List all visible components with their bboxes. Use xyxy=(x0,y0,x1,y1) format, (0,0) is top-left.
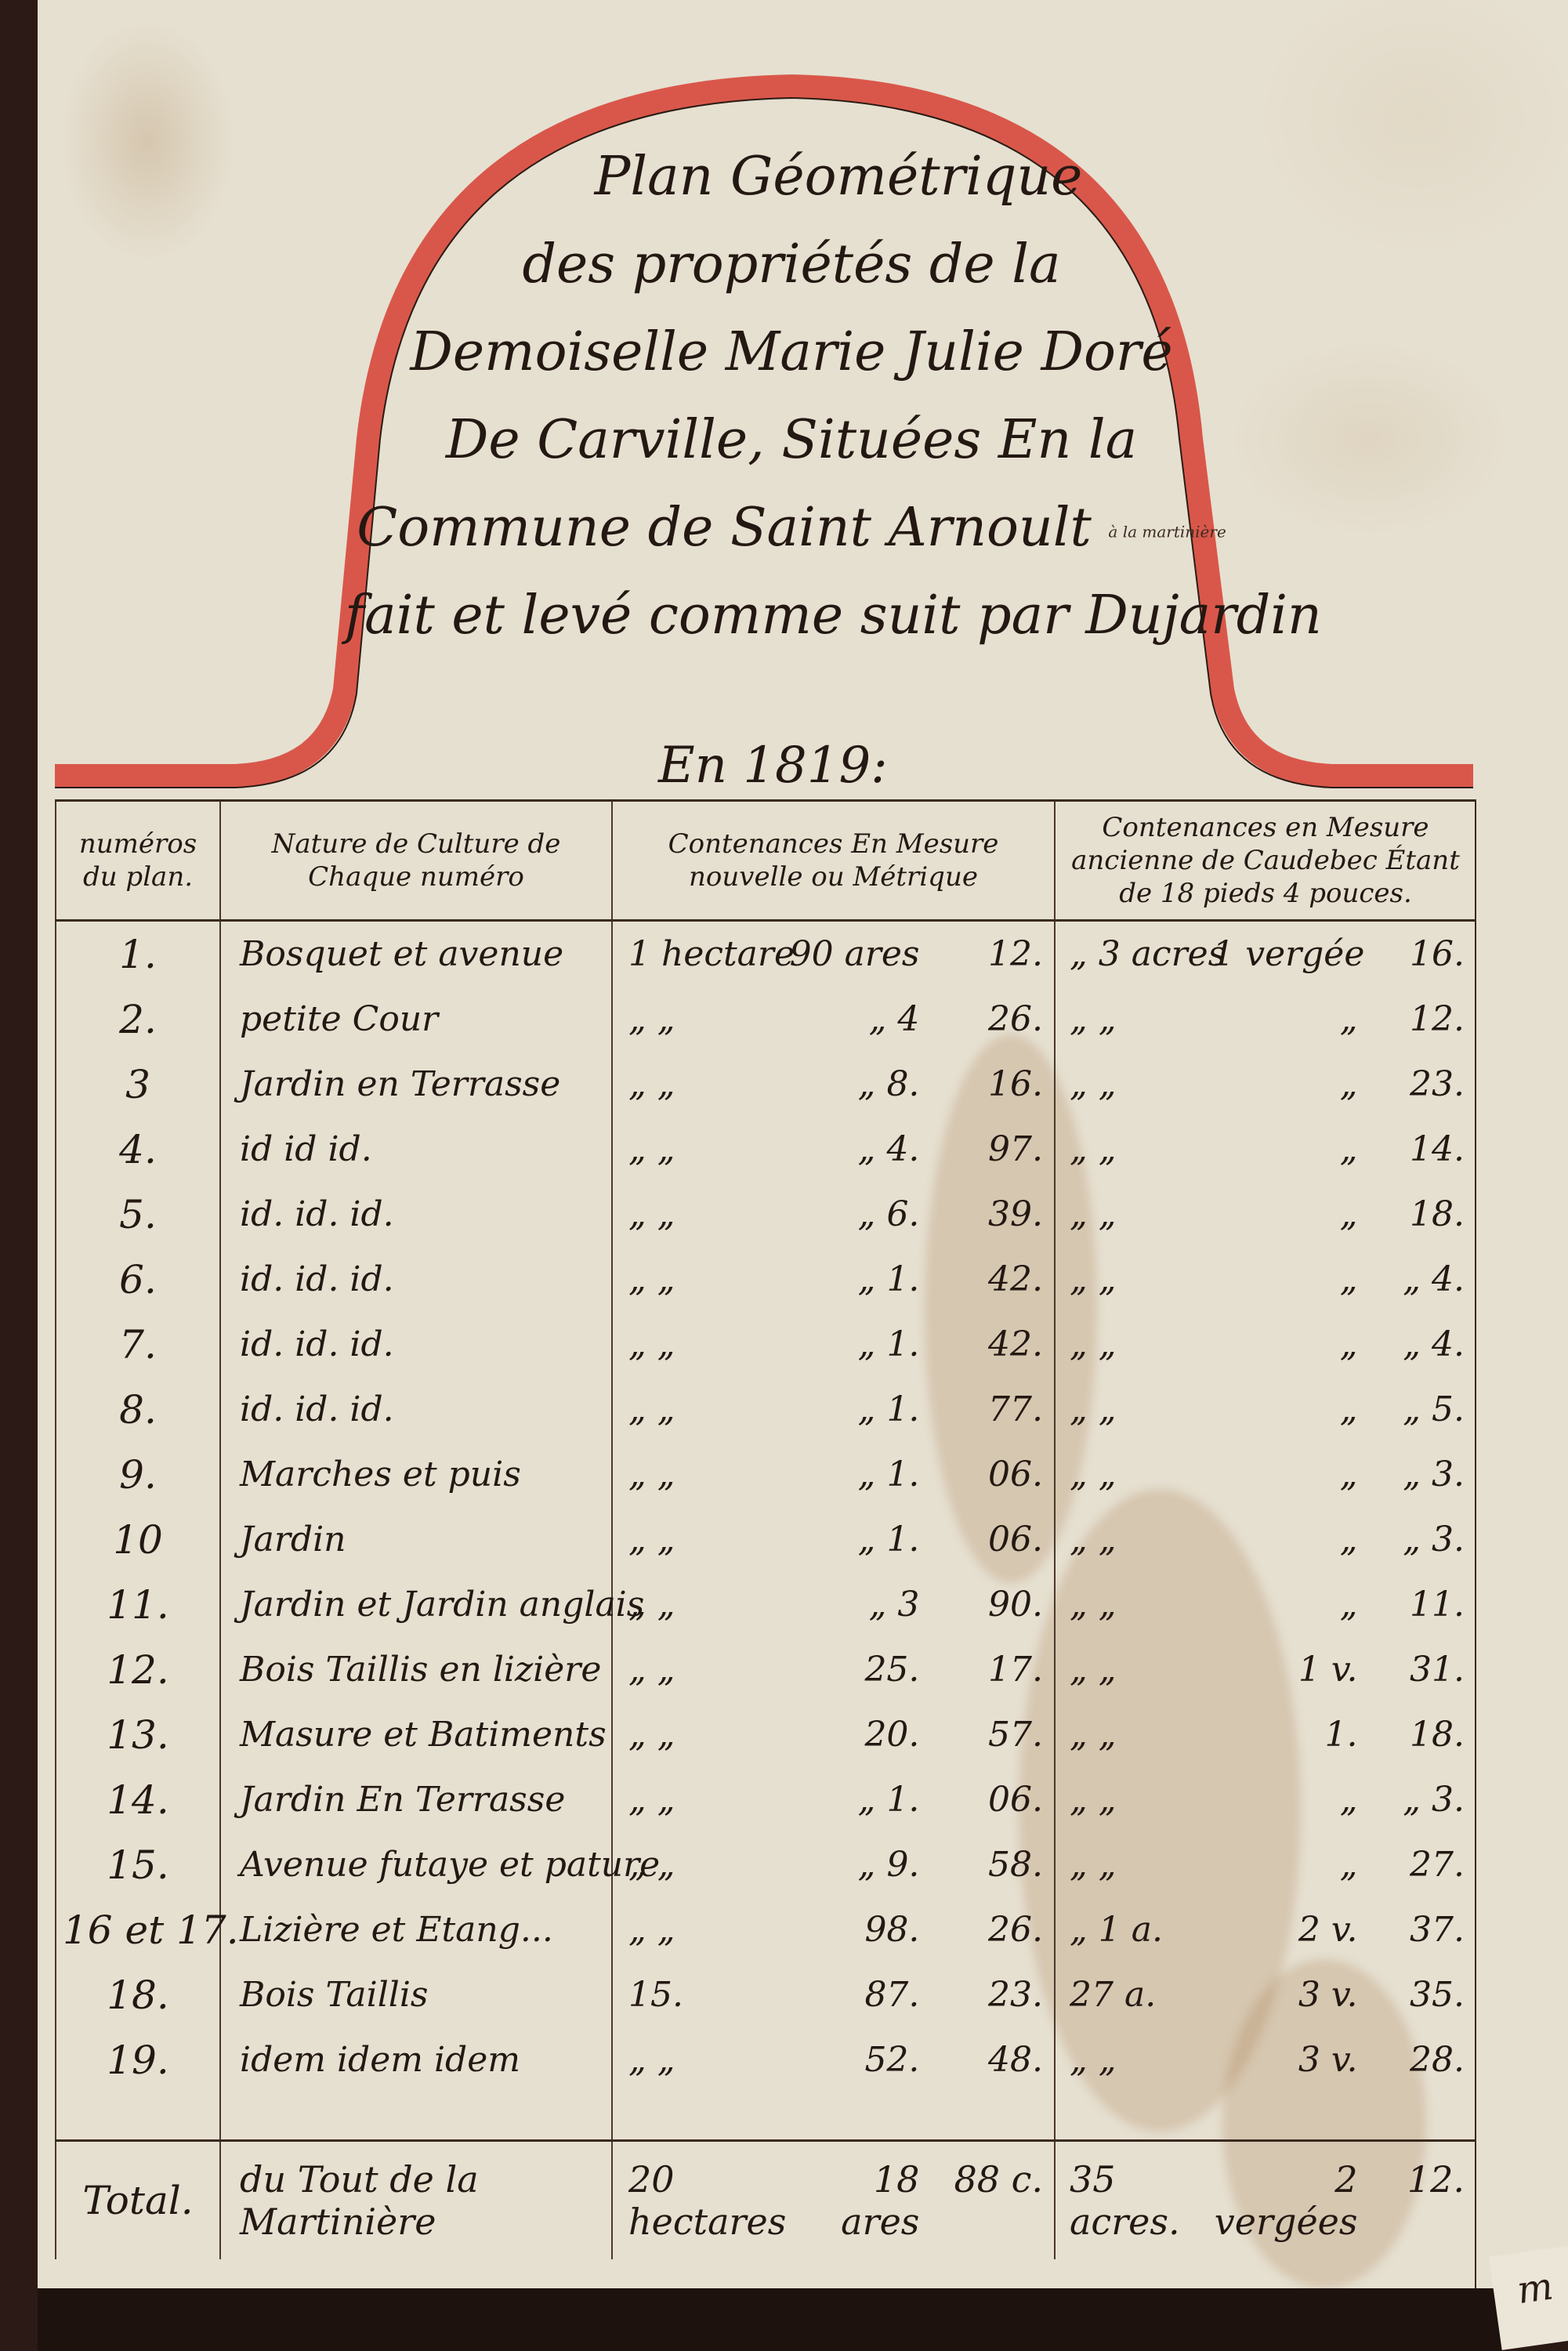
hectares: „ „ xyxy=(613,1324,788,1364)
plan-number: 3 xyxy=(56,1052,220,1117)
commune-text: Commune de Saint Arnoult xyxy=(357,497,1092,559)
vergees: 3 v. xyxy=(1210,1975,1358,2015)
perches: „ 4. xyxy=(1358,1324,1476,1364)
perches: 31. xyxy=(1358,1650,1476,1690)
table-row: 16 et 17. Lizière et Etang... „ „ 98. 26… xyxy=(56,1897,1476,1962)
metric-area: „ „ „ 1. 06. xyxy=(612,1767,1055,1832)
ancient-area: „ „ „ 14. xyxy=(1055,1117,1476,1182)
title-line: De Carville, Situées En la xyxy=(345,412,1238,500)
metric-area: „ „ „ 1. 06. xyxy=(612,1507,1055,1572)
centiares: 06. xyxy=(919,1454,1054,1494)
acres: „ „ xyxy=(1056,1389,1210,1429)
total-vergees: 2 vergées xyxy=(1210,2158,1358,2243)
title-block: Plan Géométrique des propriétés de la De… xyxy=(345,149,1238,676)
metric-area: „ „ 20. 57. xyxy=(612,1702,1055,1767)
ancient-area: „ 3 acres 1 vergée 16. xyxy=(1055,921,1476,987)
culture-nature: idem idem idem xyxy=(220,2027,612,2092)
vergees: „ xyxy=(1210,1324,1358,1364)
acres: „ 3 acres xyxy=(1056,934,1212,974)
ares: „ 8. xyxy=(788,1064,920,1104)
acres: „ „ xyxy=(1056,999,1210,1039)
total-ancient: 35 acres. 2 vergées 12. xyxy=(1055,2141,1476,2260)
ares: 25. xyxy=(788,1650,920,1690)
ares: „ 9. xyxy=(788,1845,920,1885)
hectares: „ „ xyxy=(613,1585,788,1625)
hectares: „ „ xyxy=(613,1194,788,1234)
vergees: „ xyxy=(1210,1194,1358,1234)
perches: 35. xyxy=(1358,1975,1476,2015)
culture-nature: id id id. xyxy=(220,1117,612,1182)
title-line: Plan Géométrique xyxy=(345,149,1238,237)
perches: 12. xyxy=(1358,999,1476,1039)
centiares: 26. xyxy=(919,999,1054,1039)
hectares: „ „ xyxy=(613,1129,788,1169)
perches: 11. xyxy=(1358,1585,1476,1625)
perches: 18. xyxy=(1358,1194,1476,1234)
metric-area: 15. 87. 23. xyxy=(612,1962,1055,2027)
acres: „ „ xyxy=(1056,1259,1210,1299)
metric-area: „ „ „ 4. 97. xyxy=(612,1117,1055,1182)
hectares: „ „ xyxy=(613,1780,788,1820)
plan-number: 5. xyxy=(56,1182,220,1247)
metric-area: „ „ „ 8. 16. xyxy=(612,1052,1055,1117)
culture-nature: Jardin et Jardin anglais xyxy=(220,1572,612,1637)
centiares: 39. xyxy=(919,1194,1054,1234)
plan-number: 4. xyxy=(56,1117,220,1182)
centiares: 06. xyxy=(919,1520,1054,1559)
acres: „ „ xyxy=(1056,1650,1210,1690)
table-row: 6. id. id. id. „ „ „ 1. 42. „ „ „ „ 4. xyxy=(56,1247,1476,1312)
plan-number: 12. xyxy=(56,1637,220,1702)
acres: „ „ xyxy=(1056,1585,1210,1625)
table-row: 7. id. id. id. „ „ „ 1. 42. „ „ „ „ 4. xyxy=(56,1312,1476,1377)
table-row: 18. Bois Taillis 15. 87. 23. 27 a. 3 v. … xyxy=(56,1962,1476,2027)
culture-nature: Jardin xyxy=(220,1507,612,1572)
ancient-area: „ „ „ 18. xyxy=(1055,1182,1476,1247)
plan-number: 9. xyxy=(56,1442,220,1507)
vergees: 1 v. xyxy=(1210,1650,1358,1690)
ancient-area: „ „ „ „ 3. xyxy=(1055,1507,1476,1572)
vergees: „ xyxy=(1210,1064,1358,1104)
vergees: 1 vergée xyxy=(1212,934,1363,974)
metric-area: 1 hectare 90 ares 12. xyxy=(612,921,1055,987)
plan-number: 6. xyxy=(56,1247,220,1312)
ares: „ 1. xyxy=(788,1454,920,1494)
vergees: „ xyxy=(1210,1780,1358,1820)
metric-area: „ „ „ 4 26. xyxy=(612,987,1055,1052)
hectares: „ „ xyxy=(613,1650,788,1690)
table-row: 5. id. id. id. „ „ „ 6. 39. „ „ „ 18. xyxy=(56,1182,1476,1247)
metric-area: „ „ 52. 48. xyxy=(612,2027,1055,2092)
perches: 16. xyxy=(1363,934,1476,974)
ancient-area: „ „ 1 v. 31. xyxy=(1055,1637,1476,1702)
acres: „ „ xyxy=(1056,1520,1210,1559)
vergees: „ xyxy=(1210,1129,1358,1169)
plan-number: 8. xyxy=(56,1377,220,1442)
plan-number: 2. xyxy=(56,987,220,1052)
acres: „ „ xyxy=(1056,1715,1210,1755)
centiares: 90. xyxy=(919,1585,1054,1625)
centiares: 77. xyxy=(919,1389,1054,1429)
total-perches: 12. xyxy=(1358,2158,1476,2201)
plan-number: 18. xyxy=(56,1962,220,2027)
hectares: „ „ xyxy=(613,1715,788,1755)
total-nature: du Tout de la Martinière xyxy=(220,2141,612,2260)
perches: 23. xyxy=(1358,1064,1476,1104)
metric-area: „ „ „ 1. 42. xyxy=(612,1312,1055,1377)
ancient-area: „ „ „ „ 3. xyxy=(1055,1767,1476,1832)
centiares: 97. xyxy=(919,1129,1054,1169)
culture-nature: Bosquet et avenue xyxy=(220,921,612,987)
culture-nature: id. id. id. xyxy=(220,1312,612,1377)
title-line: Commune de Saint Arnoult à la martinière xyxy=(345,500,1238,588)
centiares: 23. xyxy=(919,1975,1054,2015)
plan-number: 7. xyxy=(56,1312,220,1377)
perches: „ 3. xyxy=(1358,1520,1476,1559)
ancient-area: „ „ „ „ 4. xyxy=(1055,1247,1476,1312)
culture-nature: id. id. id. xyxy=(220,1247,612,1312)
margin-note: à la martinière xyxy=(1108,523,1226,542)
title-line: fait et levé comme suit par Dujardin xyxy=(345,588,1238,676)
ancient-area: „ „ „ 11. xyxy=(1055,1572,1476,1637)
ancient-area: „ „ „ 12. xyxy=(1055,987,1476,1052)
table-spacer-row xyxy=(56,2092,1476,2141)
plan-number: 13. xyxy=(56,1702,220,1767)
acres: „ 1 a. xyxy=(1056,1910,1210,1950)
vergees: „ xyxy=(1210,1845,1358,1885)
header-numero: numéros du plan. xyxy=(56,802,220,921)
culture-nature: id. id. id. xyxy=(220,1377,612,1442)
ancient-area: „ 1 a. 2 v. 37. xyxy=(1055,1897,1476,1962)
hectares: „ „ xyxy=(613,1520,788,1559)
culture-nature: Avenue futaye et pature xyxy=(220,1832,612,1897)
metric-area: „ „ „ 1. 77. xyxy=(612,1377,1055,1442)
perches: „ 3. xyxy=(1358,1454,1476,1494)
perches: 27. xyxy=(1358,1845,1476,1885)
plan-number: 11. xyxy=(56,1572,220,1637)
plan-number: 14. xyxy=(56,1767,220,1832)
ancient-area: „ „ „ 23. xyxy=(1055,1052,1476,1117)
ares: „ 1. xyxy=(788,1259,920,1299)
culture-nature: Marches et puis xyxy=(220,1442,612,1507)
table-row: 9. Marches et puis „ „ „ 1. 06. „ „ „ „ … xyxy=(56,1442,1476,1507)
acres: „ „ xyxy=(1056,2040,1210,2080)
perches: 14. xyxy=(1358,1129,1476,1169)
metric-area: „ „ „ 3 90. xyxy=(612,1572,1055,1637)
vergees: „ xyxy=(1210,1585,1358,1625)
hectares: „ „ xyxy=(613,1845,788,1885)
perches: 37. xyxy=(1358,1910,1476,1950)
hectares: „ „ xyxy=(613,1259,788,1299)
hectares: 15. xyxy=(613,1975,788,2015)
centiares: 12. xyxy=(919,934,1054,974)
ancient-area: „ „ „ „ 5. xyxy=(1055,1377,1476,1442)
ares: „ 1. xyxy=(788,1324,920,1364)
metric-area: „ „ 25. 17. xyxy=(612,1637,1055,1702)
ares: 87. xyxy=(788,1975,920,2015)
total-hectares: 20 hectares xyxy=(613,2158,788,2243)
plan-number: 10 xyxy=(56,1507,220,1572)
vergees: „ xyxy=(1210,999,1358,1039)
hectares: 1 hectare xyxy=(613,934,788,974)
vergees: 3 v. xyxy=(1210,2040,1358,2080)
perches: „ 5. xyxy=(1358,1389,1476,1429)
table-row: 3 Jardin en Terrasse „ „ „ 8. 16. „ „ „ … xyxy=(56,1052,1476,1117)
table-row: 11. Jardin et Jardin anglais „ „ „ 3 90.… xyxy=(56,1572,1476,1637)
metric-area: „ „ „ 9. 58. xyxy=(612,1832,1055,1897)
culture-nature: Jardin En Terrasse xyxy=(220,1767,612,1832)
centiares: 06. xyxy=(919,1780,1054,1820)
ares: „ 1. xyxy=(788,1780,920,1820)
total-acres: 35 acres. xyxy=(1056,2158,1210,2243)
centiares: 42. xyxy=(919,1324,1054,1364)
plan-number: 15. xyxy=(56,1832,220,1897)
total-metric: 20 hectares 18 ares 88 c. xyxy=(612,2141,1055,2260)
table-header-row: numéros du plan. Nature de Culture de Ch… xyxy=(56,802,1476,921)
ancient-area: „ „ 1. 18. xyxy=(1055,1702,1476,1767)
centiares: 48. xyxy=(919,2040,1054,2080)
acres: „ „ xyxy=(1056,1454,1210,1494)
ares: 98. xyxy=(788,1910,920,1950)
corner-paper-slip: m xyxy=(1489,2246,1568,2350)
metric-area: „ „ 98. 26. xyxy=(612,1897,1055,1962)
table-row: 15. Avenue futaye et pature „ „ „ 9. 58.… xyxy=(56,1832,1476,1897)
culture-nature: id. id. id. xyxy=(220,1182,612,1247)
hectares: „ „ xyxy=(613,1389,788,1429)
centiares: 16. xyxy=(919,1064,1054,1104)
centiares: 57. xyxy=(919,1715,1054,1755)
culture-nature: petite Cour xyxy=(220,987,612,1052)
table-row: 14. Jardin En Terrasse „ „ „ 1. 06. „ „ … xyxy=(56,1767,1476,1832)
ares: „ 4 xyxy=(788,999,920,1039)
vergees: „ xyxy=(1210,1389,1358,1429)
culture-nature: Bois Taillis en lizière xyxy=(220,1637,612,1702)
table-row: 10 Jardin „ „ „ 1. 06. „ „ „ „ 3. xyxy=(56,1507,1476,1572)
property-ledger-table: numéros du plan. Nature de Culture de Ch… xyxy=(55,799,1476,2291)
culture-nature: Bois Taillis xyxy=(220,1962,612,2027)
perches: 28. xyxy=(1358,2040,1476,2080)
ares: 52. xyxy=(788,2040,920,2080)
dark-frame-bottom xyxy=(38,2288,1503,2351)
perches: „ 3. xyxy=(1358,1780,1476,1820)
title-date: En 1819: xyxy=(658,737,888,795)
centiares: 26. xyxy=(919,1910,1054,1950)
hectares: „ „ xyxy=(613,999,788,1039)
table-row: 4. id id id. „ „ „ 4. 97. „ „ „ 14. xyxy=(56,1117,1476,1182)
culture-nature: Jardin en Terrasse xyxy=(220,1052,612,1117)
header-nature: Nature de Culture de Chaque numéro xyxy=(220,802,612,921)
table-row: 12. Bois Taillis en lizière „ „ 25. 17. … xyxy=(56,1637,1476,1702)
hectares: „ „ xyxy=(613,1910,788,1950)
acres: „ „ xyxy=(1056,1129,1210,1169)
ancient-area: „ „ „ 27. xyxy=(1055,1832,1476,1897)
hectares: „ „ xyxy=(613,1454,788,1494)
total-label: Total. xyxy=(56,2141,220,2260)
metric-area: „ „ „ 1. 06. xyxy=(612,1442,1055,1507)
metric-area: „ „ „ 6. 39. xyxy=(612,1182,1055,1247)
table-row: 1. Bosquet et avenue 1 hectare 90 ares 1… xyxy=(56,921,1476,987)
vergees: 2 v. xyxy=(1210,1910,1358,1950)
hectares: „ „ xyxy=(613,1064,788,1104)
ares: „ 6. xyxy=(788,1194,920,1234)
ancient-area: „ „ „ „ 4. xyxy=(1055,1312,1476,1377)
vergees: „ xyxy=(1210,1454,1358,1494)
acres: 27 a. xyxy=(1056,1975,1210,2015)
vergees: „ xyxy=(1210,1259,1358,1299)
plan-number: 1. xyxy=(56,921,220,987)
vergees: „ xyxy=(1210,1520,1358,1559)
centiares: 58. xyxy=(919,1845,1054,1885)
acres: „ „ xyxy=(1056,1064,1210,1104)
ares: „ 4. xyxy=(788,1129,920,1169)
hectares: „ „ xyxy=(613,2040,788,2080)
acres: „ „ xyxy=(1056,1324,1210,1364)
plan-number: 19. xyxy=(56,2027,220,2092)
table-row: 13. Masure et Batiments „ „ 20. 57. „ „ … xyxy=(56,1702,1476,1767)
centiares: 17. xyxy=(919,1650,1054,1690)
acres: „ „ xyxy=(1056,1194,1210,1234)
culture-nature: Masure et Batiments xyxy=(220,1702,612,1767)
metric-area: „ „ „ 1. 42. xyxy=(612,1247,1055,1312)
table-row: 8. id. id. id. „ „ „ 1. 77. „ „ „ „ 5. xyxy=(56,1377,1476,1442)
ancient-area: „ „ „ „ 3. xyxy=(1055,1442,1476,1507)
title-line: Demoiselle Marie Julie Doré xyxy=(345,324,1238,412)
total-row: Total. du Tout de la Martinière 20 hecta… xyxy=(56,2141,1476,2260)
plan-number: 16 et 17. xyxy=(56,1897,220,1962)
centiares: 42. xyxy=(919,1259,1054,1299)
corner-slip-text: m xyxy=(1514,2264,1555,2313)
ancient-area: 27 a. 3 v. 35. xyxy=(1055,1962,1476,2027)
ares: „ 3 xyxy=(788,1585,920,1625)
ares: „ 1. xyxy=(788,1520,920,1559)
perches: 18. xyxy=(1358,1715,1476,1755)
total-ares: 18 ares xyxy=(788,2158,920,2243)
header-metric: Contenances En Mesure nouvelle ou Métriq… xyxy=(612,802,1055,921)
header-ancient: Contenances en Mesure ancienne de Caudeb… xyxy=(1055,802,1476,921)
total-centiares: 88 c. xyxy=(919,2158,1054,2201)
ares: 20. xyxy=(788,1715,920,1755)
table-row: 2. petite Cour „ „ „ 4 26. „ „ „ 12. xyxy=(56,987,1476,1052)
acres: „ „ xyxy=(1056,1845,1210,1885)
perches: „ 4. xyxy=(1358,1259,1476,1299)
table-row: 19. idem idem idem „ „ 52. 48. „ „ 3 v. … xyxy=(56,2027,1476,2092)
ares: „ 1. xyxy=(788,1389,920,1429)
vergees: 1. xyxy=(1210,1715,1358,1755)
title-line: des propriétés de la xyxy=(345,237,1238,324)
ares: 90 ares xyxy=(788,934,920,974)
culture-nature: Lizière et Etang... xyxy=(220,1897,612,1962)
acres: „ „ xyxy=(1056,1780,1210,1820)
ancient-area: „ „ 3 v. 28. xyxy=(1055,2027,1476,2092)
